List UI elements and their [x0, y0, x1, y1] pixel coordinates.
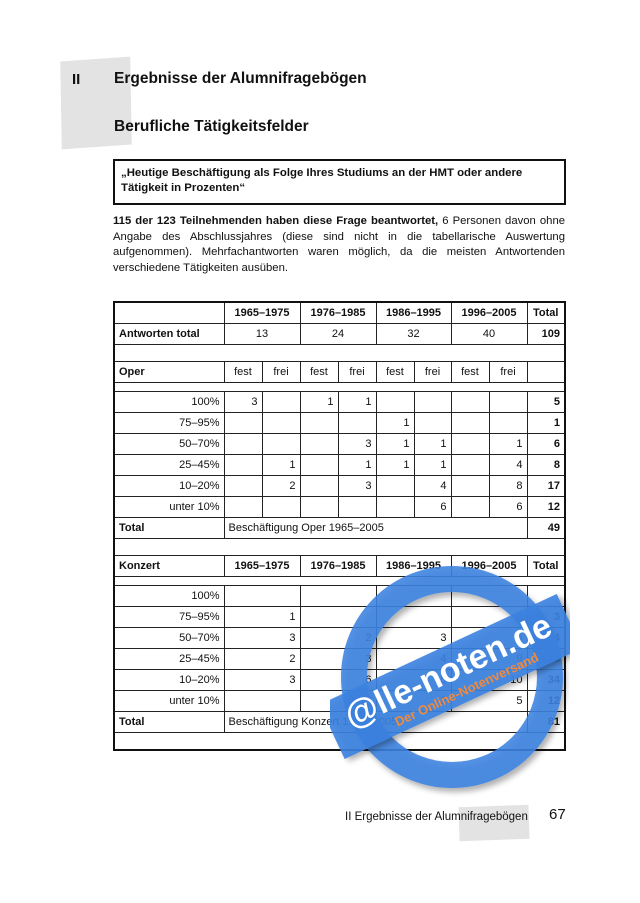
row-total: 12: [527, 691, 565, 712]
spacer-row: [114, 539, 565, 556]
period-header: 1976–1985: [300, 556, 376, 577]
answers-value: 40: [451, 324, 527, 345]
oper-header-row: Operfestfreifestfreifestfreifestfrei: [114, 362, 565, 383]
running-footer: II Ergebnisse der Alumnifragebögen: [345, 811, 528, 823]
employment-type-header: frei: [262, 362, 300, 383]
oper-value: [300, 476, 338, 497]
oper-value: 3: [338, 434, 376, 455]
percent-range-label: 10–20%: [114, 476, 224, 497]
konzert-value: [376, 586, 451, 607]
konzert-value: 2: [451, 607, 527, 628]
answers-label: Antworten total: [114, 324, 224, 345]
percent-range-label: 25–45%: [114, 649, 224, 670]
konzert-value: 2: [300, 628, 376, 649]
percent-range-label: unter 10%: [114, 497, 224, 518]
konzert-value: 2: [376, 691, 451, 712]
oper-value: 1: [414, 455, 451, 476]
row-total: 14: [527, 628, 565, 649]
konzert-value: [300, 586, 376, 607]
konzert-data-row: unter 10%52512: [114, 691, 565, 712]
konzert-data-row: 100%: [114, 586, 565, 607]
oper-data-row: 25–45%111148: [114, 455, 565, 476]
total-header: Total: [527, 556, 565, 577]
oper-value: 1: [376, 434, 414, 455]
employment-type-header: fest: [376, 362, 414, 383]
oper-value: [451, 392, 489, 413]
row-total: 3: [527, 607, 565, 628]
konzert-data-row: 50–70%323614: [114, 628, 565, 649]
oper-value: 1: [414, 434, 451, 455]
konzert-data-row: 25–45%234918: [114, 649, 565, 670]
period-header: 1986–1995: [376, 556, 451, 577]
oper-value: [451, 455, 489, 476]
total-label: Total: [114, 518, 224, 539]
konzert-value: [224, 691, 300, 712]
spacer: [114, 383, 565, 392]
employment-type-header: frei: [489, 362, 527, 383]
oper-value: 1: [376, 455, 414, 476]
period-header: 1986–1995: [376, 302, 451, 324]
konzert-value: 10: [451, 670, 527, 691]
konzert-value: [376, 607, 451, 628]
period-header-row: 1965–19751976–19851986–19951996–2005Tota…: [114, 302, 565, 324]
konzert-value: 2: [224, 649, 300, 670]
konzert-value: 5: [451, 691, 527, 712]
konzert-total-row: TotalBeschäftigung Konzert 1965–200581: [114, 712, 565, 733]
oper-value: [224, 434, 262, 455]
oper-value: 4: [414, 476, 451, 497]
oper-value: [451, 497, 489, 518]
empty-cell: [527, 362, 565, 383]
percent-range-label: 100%: [114, 392, 224, 413]
oper-value: [376, 497, 414, 518]
oper-value: 4: [489, 455, 527, 476]
oper-value: [338, 497, 376, 518]
oper-value: [414, 392, 451, 413]
percent-range-label: 10–20%: [114, 670, 224, 691]
oper-value: [262, 392, 300, 413]
oper-value: [414, 413, 451, 434]
row-total: 17: [527, 476, 565, 497]
oper-value: [262, 413, 300, 434]
oper-value: [376, 392, 414, 413]
period-header: 1976–1985: [300, 302, 376, 324]
answers-total: 109: [527, 324, 565, 345]
percent-range-label: 75–95%: [114, 413, 224, 434]
oper-value: [338, 413, 376, 434]
period-header: 1996–2005: [451, 556, 527, 577]
oper-total-row: TotalBeschäftigung Oper 1965–200549: [114, 518, 565, 539]
konzert-label: Konzert: [114, 556, 224, 577]
oper-value: 1: [376, 413, 414, 434]
oper-grand-total: 49: [527, 518, 565, 539]
konzert-value: 15: [376, 670, 451, 691]
oper-value: [262, 497, 300, 518]
oper-value: 1: [338, 392, 376, 413]
oper-value: 8: [489, 476, 527, 497]
konzert-value: 1: [224, 607, 300, 628]
percent-range-label: 50–70%: [114, 434, 224, 455]
employment-type-header: fest: [300, 362, 338, 383]
oper-data-row: 75–95%11: [114, 413, 565, 434]
percent-range-label: 100%: [114, 586, 224, 607]
oper-value: [224, 413, 262, 434]
konzert-data-row: 75–95%123: [114, 607, 565, 628]
question-box: „Heutige Beschäftigung als Folge Ihres S…: [113, 159, 566, 205]
konzert-value: 3: [300, 649, 376, 670]
konzert-value: 4: [376, 649, 451, 670]
employment-type-header: frei: [414, 362, 451, 383]
oper-value: [376, 476, 414, 497]
konzert-header-row: Konzert1965–19751976–19851986–19951996–2…: [114, 556, 565, 577]
chapter-title: Ergebnisse der Alumnifragebögen: [114, 70, 367, 88]
row-total: 34: [527, 670, 565, 691]
row-total: 12: [527, 497, 565, 518]
konzert-value: [451, 586, 527, 607]
oper-value: [300, 413, 338, 434]
spacer: [114, 539, 565, 556]
total-description: Beschäftigung Konzert 1965–2005: [224, 712, 527, 733]
answers-value: 32: [376, 324, 451, 345]
spacer: [114, 345, 565, 362]
intro-paragraph: 115 der 123 Teilnehmenden haben diese Fr…: [113, 214, 565, 276]
spacer-row: [114, 345, 565, 362]
konzert-value: 9: [451, 649, 527, 670]
period-header: 1965–1975: [224, 556, 300, 577]
oper-value: [451, 434, 489, 455]
answers-value: 24: [300, 324, 376, 345]
total-label: Total: [114, 712, 224, 733]
oper-value: [224, 497, 262, 518]
konzert-grand-total: 81: [527, 712, 565, 733]
employment-type-header: frei: [338, 362, 376, 383]
total-header: Total: [527, 302, 565, 324]
oper-value: [300, 455, 338, 476]
oper-value: 2: [262, 476, 300, 497]
spacer: [114, 733, 565, 751]
spacer-row: [114, 383, 565, 392]
konzert-value: 3: [376, 628, 451, 649]
oper-value: 1: [262, 455, 300, 476]
konzert-value: [300, 607, 376, 628]
page-number: 67: [549, 806, 566, 823]
oper-value: 3: [338, 476, 376, 497]
oper-value: 1: [489, 434, 527, 455]
oper-data-row: 50–70%31116: [114, 434, 565, 455]
spacer-row: [114, 577, 565, 586]
chapter-number: II: [72, 71, 80, 88]
percent-range-label: unter 10%: [114, 691, 224, 712]
row-total: [527, 586, 565, 607]
answers-value: 13: [224, 324, 300, 345]
answers-row: Antworten total13243240109: [114, 324, 565, 345]
employment-type-header: fest: [224, 362, 262, 383]
row-total: 18: [527, 649, 565, 670]
percent-range-label: 50–70%: [114, 628, 224, 649]
row-total: 5: [527, 392, 565, 413]
konzert-data-row: 10–20%36151034: [114, 670, 565, 691]
oper-value: 6: [489, 497, 527, 518]
intro-bold: 115 der 123 Teilnehmenden haben diese Fr…: [113, 215, 438, 227]
konzert-value: 6: [451, 628, 527, 649]
section-title: Berufliche Tätigkeitsfelder: [114, 118, 309, 136]
row-total: 6: [527, 434, 565, 455]
oper-value: 6: [414, 497, 451, 518]
row-total: 1: [527, 413, 565, 434]
oper-value: [224, 455, 262, 476]
percent-range-label: 25–45%: [114, 455, 224, 476]
period-header: 1996–2005: [451, 302, 527, 324]
employment-type-header: fest: [451, 362, 489, 383]
oper-label: Oper: [114, 362, 224, 383]
oper-value: [451, 413, 489, 434]
konzert-value: [224, 586, 300, 607]
oper-value: 1: [300, 392, 338, 413]
spacer-row: [114, 733, 565, 751]
oper-value: 3: [224, 392, 262, 413]
spacer: [114, 577, 565, 586]
oper-value: 1: [338, 455, 376, 476]
oper-value: [451, 476, 489, 497]
row-total: 8: [527, 455, 565, 476]
konzert-value: 3: [224, 670, 300, 691]
konzert-value: 6: [300, 670, 376, 691]
oper-data-row: 100%3115: [114, 392, 565, 413]
empty-cell: [114, 302, 224, 324]
period-header: 1965–1975: [224, 302, 300, 324]
oper-value: [300, 434, 338, 455]
total-description: Beschäftigung Oper 1965–2005: [224, 518, 527, 539]
oper-data-row: 10–20%234817: [114, 476, 565, 497]
oper-value: [224, 476, 262, 497]
percent-range-label: 75–95%: [114, 607, 224, 628]
oper-value: [262, 434, 300, 455]
oper-value: [300, 497, 338, 518]
konzert-value: 5: [300, 691, 376, 712]
konzert-value: 3: [224, 628, 300, 649]
results-table: 1965–19751976–19851986–19951996–2005Tota…: [113, 301, 566, 751]
oper-data-row: unter 10%6612: [114, 497, 565, 518]
oper-value: [489, 413, 527, 434]
oper-value: [489, 392, 527, 413]
